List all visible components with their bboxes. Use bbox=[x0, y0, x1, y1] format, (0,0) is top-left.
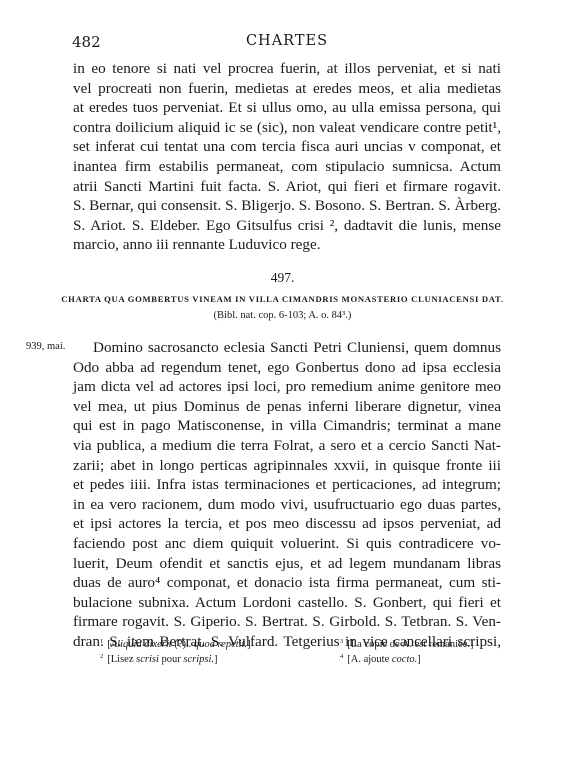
footnote-text: [A. ajoute bbox=[347, 654, 392, 665]
document-page: 482 CHARTES in eo tenore si nati vel pro… bbox=[0, 0, 565, 775]
footnote-text: [Lisez bbox=[107, 654, 136, 665]
text-line: contra doilicium aliquid ic se (sic), no… bbox=[73, 118, 501, 138]
charter-source: (Bibl. nat. cop. 6-103; A. o. 84³.) bbox=[0, 310, 565, 321]
text-line: firmare rogavit. S. Giperio. S. Bertrat.… bbox=[73, 612, 501, 632]
footnote-4: 4[A. ajoute cocto.] bbox=[340, 649, 421, 667]
footnote-italic: scripsi. bbox=[183, 654, 214, 665]
footnote-text: ] bbox=[417, 654, 421, 665]
text-line: in ea vero racionem, dum modo vivi, usuf… bbox=[73, 495, 501, 515]
margin-date: 939, mai. bbox=[26, 341, 65, 352]
text-line: S. Ariot. S. Eldeber. Ego Gitsulfus cris… bbox=[73, 216, 501, 236]
text-line: zarii; abet in longo perticas agripinnal… bbox=[73, 456, 501, 476]
footnote-text: ] bbox=[214, 654, 218, 665]
text-line: luerit, Deum ofendit et sanctis ejus, et… bbox=[73, 554, 501, 574]
text-line: at eredes tuos perveniat. Et si ullus om… bbox=[73, 98, 501, 118]
text-line: jam dicta vel ad actores ipsi loci, pro … bbox=[73, 377, 501, 397]
charter-number: 497. bbox=[0, 270, 565, 286]
footnote-mark: 2 bbox=[100, 653, 103, 660]
running-title: CHARTES bbox=[72, 33, 502, 49]
text-line: inantea firm estabilis permaneat, com st… bbox=[73, 157, 501, 177]
text-line: marcio, anno iii rennante Luduvico rege. bbox=[73, 235, 501, 255]
text-line: atrii Sancti Martini fuit facta. S. Ario… bbox=[73, 177, 501, 197]
footnote-mark: 3 bbox=[340, 638, 343, 645]
footnote-italic: cocto. bbox=[392, 654, 417, 665]
text-line: S. Bernar, qui consensit. S. Bligerjo. S… bbox=[73, 196, 501, 216]
text-line: bulacione subnixa. Actum Lordoni castell… bbox=[73, 593, 501, 613]
text-line: Odo abba ad regendum tenet, ego Gonbertu… bbox=[73, 358, 501, 378]
text-line: set inferat cui tentat una com tercia fi… bbox=[73, 137, 501, 157]
charter-text: Domino sacrosancto eclesia Sancti Petri … bbox=[73, 338, 501, 652]
footnote-2: 2[Lisez scrisi pour scripsi.] bbox=[100, 649, 218, 667]
text-line: et pedes iiii. Infra istas terminaciones… bbox=[73, 475, 501, 495]
text-line: in eo tenore si nati vel procrea fuerin,… bbox=[73, 59, 501, 79]
text-line: via publica, a medium die terra Folrat, … bbox=[73, 436, 501, 456]
text-line: vel procreati non fuerin, medietas at er… bbox=[73, 79, 501, 99]
footnote-text: ] bbox=[247, 639, 251, 650]
footnote-mark: 4 bbox=[340, 653, 343, 660]
text-line: et ipsi actores la tercia, et pos meo di… bbox=[73, 514, 501, 534]
charter-title: CHARTA QUA GOMBERTUS VINEAM IN VILLA CIM… bbox=[0, 294, 565, 304]
text-line: qui est in pago Matisconense, in villa C… bbox=[73, 416, 501, 436]
text-line: faciendo post anc diem quiquit voluerint… bbox=[73, 534, 501, 554]
text-line: duas de auro⁴ componat, et donacio ista … bbox=[73, 573, 501, 593]
text-line: vel mea, ut pius Dominus de penas infern… bbox=[73, 397, 501, 417]
running-head: 482 CHARTES bbox=[72, 33, 502, 53]
footnote-italic: scrisi bbox=[136, 654, 159, 665]
continuation-text: in eo tenore si nati vel procrea fuerin,… bbox=[73, 59, 501, 255]
text-line: Domino sacrosancto eclesia Sancti Petri … bbox=[73, 338, 501, 358]
footnote-mark: 1 bbox=[100, 638, 103, 645]
footnote-text: pour bbox=[159, 654, 184, 665]
